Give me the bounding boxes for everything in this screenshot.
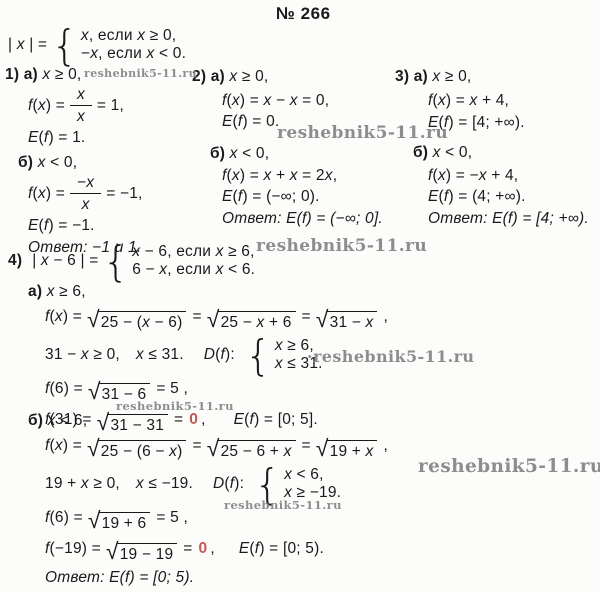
part-3a-range: E(f) = [4; +∞). bbox=[428, 114, 589, 132]
part-4-definition: 4) | x − 6 | = { x − 6, если x ≥ 6, 6 − … bbox=[8, 243, 255, 279]
sqrt: √19 − 19 bbox=[106, 540, 177, 564]
part-4b-range: E(f) = [0; 5). bbox=[239, 540, 324, 558]
definition-lhs: | x | = bbox=[8, 36, 47, 54]
part-3b-formula: f(x) = −x + 4, bbox=[428, 167, 589, 185]
part-1b-condition: б) x < 0, bbox=[18, 154, 143, 172]
sqrt: √25 − (x − 6) bbox=[87, 308, 187, 332]
sqrt: √25 − 6 + x bbox=[207, 437, 296, 461]
part-2: 2) а) x ≥ 0, f(x) = x − x = 0, E(f) = 0.… bbox=[192, 68, 383, 228]
part-4b-condition: б) x < 6, bbox=[28, 412, 388, 430]
part-2a-formula: f(x) = x − x = 0, bbox=[222, 92, 383, 110]
domain-system: { x < 6, x ≥ −19. bbox=[250, 466, 341, 502]
sqrt: √25 − x + 6 bbox=[207, 308, 296, 332]
curly-brace: { bbox=[245, 339, 272, 373]
highlighted-zero: 0 bbox=[199, 540, 208, 558]
curly-brace: { bbox=[102, 245, 129, 279]
watermark-reshebnik: reshebnik5-11.ru bbox=[84, 67, 197, 80]
page-title: № 266 bbox=[276, 4, 331, 24]
fraction: xx bbox=[70, 86, 92, 125]
fraction: −xx bbox=[70, 174, 101, 213]
part-3: 3) а) x ≥ 0, f(x) = x + 4, E(f) = [4; +∞… bbox=[395, 68, 589, 228]
watermark-reshebnik: reshebnik5-11.ru bbox=[277, 123, 448, 143]
part-4-def-case-2: 6 − x, если x < 6. bbox=[132, 261, 255, 279]
part-2-answer: Ответ: E(f) = (−∞; 0]. bbox=[222, 210, 383, 228]
part-3a-condition: 3) а) x ≥ 0, bbox=[395, 68, 589, 86]
part-2b-formula: f(x) = x + x = 2x, bbox=[222, 167, 383, 185]
part-1a-formula: f(x) = xx = 1, bbox=[28, 86, 143, 125]
part-2a-condition: 2) а) x ≥ 0, bbox=[192, 68, 383, 86]
watermark-reshebnik: reshebnik5-11.ru bbox=[256, 236, 427, 256]
sqrt: √19 + 6 bbox=[88, 509, 151, 533]
watermark-reshebnik: reshebnik5-11.ru bbox=[418, 456, 600, 477]
part-3-answer: Ответ: E(f) = [4; +∞). bbox=[428, 210, 589, 228]
definition-case-2: −x, если x < 0. bbox=[81, 45, 186, 63]
part-2b-range: E(f) = (−∞; 0). bbox=[222, 188, 383, 206]
watermark-reshebnik: ·reshebnik5-11.ru bbox=[307, 347, 474, 366]
curly-brace: { bbox=[51, 29, 78, 63]
abs-value-definition: | x | = { x, если x ≥ 0, −x, если x < 0. bbox=[8, 27, 186, 63]
part-4-answer: Ответ: E(f) = [0; 5). bbox=[45, 569, 388, 587]
part-3a-formula: f(x) = x + 4, bbox=[428, 92, 589, 110]
part-1: 1) а) x ≥ 0, f(x) = xx = 1, E(f) = 1. б)… bbox=[5, 66, 143, 257]
part-4a-condition: а) x ≥ 6, bbox=[28, 283, 388, 301]
watermark-reshebnik: reshebnik5-11.ru bbox=[224, 498, 342, 512]
sqrt: √19 + x bbox=[316, 437, 378, 461]
definition-case-1: x, если x ≥ 0, bbox=[81, 27, 186, 45]
part-4b-domain: 19 + x ≥ 0, x ≤ −19. D(f): { x < 6, x ≥ … bbox=[45, 466, 388, 502]
part-4b-f19: f(−19) = √19 − 19 = 0 , E(f) = [0; 5). bbox=[45, 533, 388, 564]
watermark-reshebnik: reshebnik5-11.ru bbox=[116, 399, 234, 413]
part-1a-range: E(f) = 1. bbox=[28, 129, 143, 147]
sqrt: √31 − x bbox=[316, 308, 378, 332]
part-3b-condition: б) x < 0, bbox=[413, 144, 589, 162]
part-4-def-lhs: | x − 6 | = bbox=[32, 252, 98, 270]
part-3b-range: E(f) = (4; +∞). bbox=[428, 188, 589, 206]
part-4b-formula: f(x) = √25 − (6 − x) = √25 − 6 + x = √19… bbox=[45, 430, 388, 461]
part-1b-range: E(f) = −1. bbox=[28, 217, 143, 235]
sqrt: √25 − (6 − x) bbox=[87, 437, 187, 461]
part-2b-condition: б) x < 0, bbox=[210, 145, 383, 163]
part-4-def-case-1: x − 6, если x ≥ 6, bbox=[132, 243, 255, 261]
part-4a-formula: f(x) = √25 − (x − 6) = √25 − x + 6 = √31… bbox=[45, 301, 388, 332]
part-1b-formula: f(x) = −xx = −1, bbox=[28, 174, 143, 213]
